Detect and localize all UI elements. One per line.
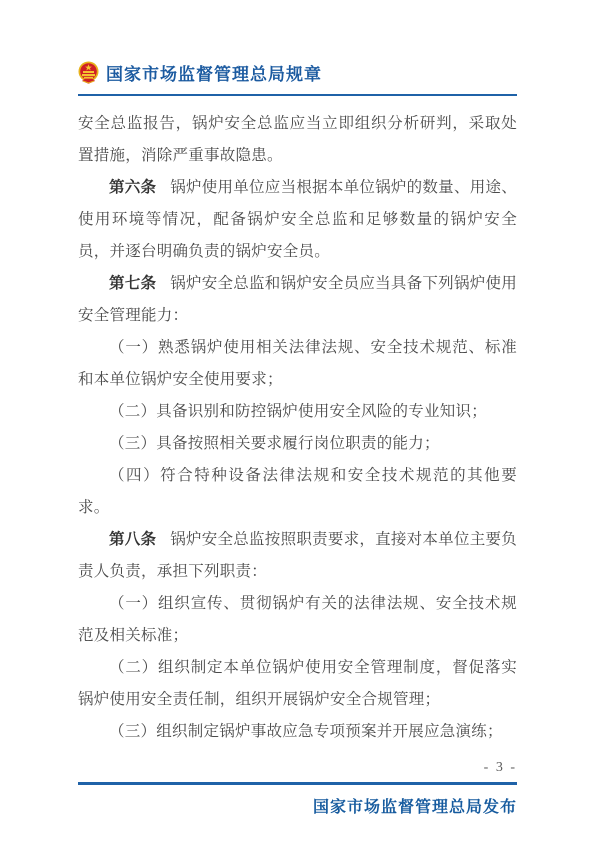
document-header: 国家市场监督管理总局规章 — [78, 60, 517, 96]
paragraph-text: （三）组织制定锅炉事故应急专项预案并开展应急演练； — [109, 723, 503, 740]
body-paragraph: （二）具备识别和防控锅炉使用安全风险的专业知识； — [78, 396, 517, 428]
paragraph-text: （二）组织制定本单位锅炉使用安全管理制度，督促落实锅炉使用安全责任制，组织开展锅… — [78, 659, 517, 708]
body-paragraph: （二）组织制定本单位锅炉使用安全管理制度，督促落实锅炉使用安全责任制，组织开展锅… — [78, 652, 517, 716]
body-paragraph: （一）组织宣传、贯彻锅炉有关的法律法规、安全技术规范及相关标准； — [78, 588, 517, 652]
body-paragraph: 第七条锅炉安全总监和锅炉安全员应当具备下列锅炉使用安全管理能力： — [78, 268, 517, 332]
publisher-line: 国家市场监督管理总局发布 — [78, 794, 517, 817]
page-number: - 3 - — [78, 760, 517, 776]
article-number: 第七条 — [109, 275, 156, 292]
body-paragraph: （一）熟悉锅炉使用相关法律法规、安全技术规范、标准和本单位锅炉安全使用要求； — [78, 332, 517, 396]
paragraph-text: （三）具备按照相关要求履行岗位职责的能力； — [109, 435, 440, 452]
paragraph-text: （一）组织宣传、贯彻锅炉有关的法律法规、安全技术规范及相关标准； — [78, 595, 517, 644]
footer-rule — [78, 782, 517, 785]
paragraph-text: （四）符合特种设备法律法规和安全技术规范的其他要求。 — [78, 467, 517, 516]
china-national-emblem-icon — [78, 61, 99, 84]
article-number: 第六条 — [109, 179, 156, 196]
paragraph-text: （二）具备识别和防控锅炉使用安全风险的专业知识； — [109, 403, 487, 420]
body-paragraph: 第八条锅炉安全总监按照职责要求，直接对本单位主要负责人负责，承担下列职责： — [78, 524, 517, 588]
document-header-title: 国家市场监督管理总局规章 — [106, 60, 322, 85]
body-paragraph: 安全总监报告，锅炉安全总监应当立即组织分析研判，采取处置措施，消除严重事故隐患。 — [78, 108, 517, 172]
body-paragraph: （四）符合特种设备法律法规和安全技术规范的其他要求。 — [78, 460, 517, 524]
body-paragraph: （三）组织制定锅炉事故应急专项预案并开展应急演练； — [78, 716, 517, 748]
document-page: 国家市场监督管理总局规章 安全总监报告，锅炉安全总监应当立即组织分析研判，采取处… — [0, 0, 595, 842]
page-content: 国家市场监督管理总局规章 安全总监报告，锅炉安全总监应当立即组织分析研判，采取处… — [78, 60, 517, 817]
paragraph-text: 安全总监报告，锅炉安全总监应当立即组织分析研判，采取处置措施，消除严重事故隐患。 — [78, 115, 517, 164]
body-paragraph: （三）具备按照相关要求履行岗位职责的能力； — [78, 428, 517, 460]
paragraph-text: （一）熟悉锅炉使用相关法律法规、安全技术规范、标准和本单位锅炉安全使用要求； — [78, 339, 517, 388]
document-body: 安全总监报告，锅炉安全总监应当立即组织分析研判，采取处置措施，消除严重事故隐患。… — [78, 108, 517, 748]
body-paragraph: 第六条锅炉使用单位应当根据本单位锅炉的数量、用途、使用环境等情况，配备锅炉安全总… — [78, 172, 517, 268]
article-number: 第八条 — [109, 531, 156, 548]
